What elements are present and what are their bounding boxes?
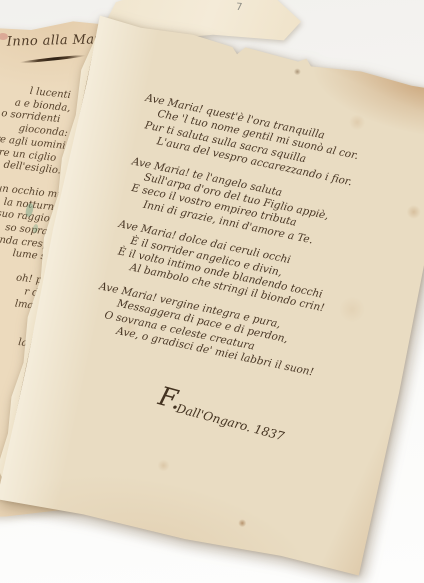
manuscript-photo: Inno alla Mat l lucentia e bionda,o sorr… [0,0,424,583]
title-flourish [20,54,86,64]
pencil-number: 7 [236,2,243,14]
back-page-title: Inno alla Mat [7,32,101,49]
poem: Ave Maria! quest'è l'ora tranquillaChe '… [87,91,363,391]
signature: Dall'Ongaro. 1837 [175,401,286,443]
